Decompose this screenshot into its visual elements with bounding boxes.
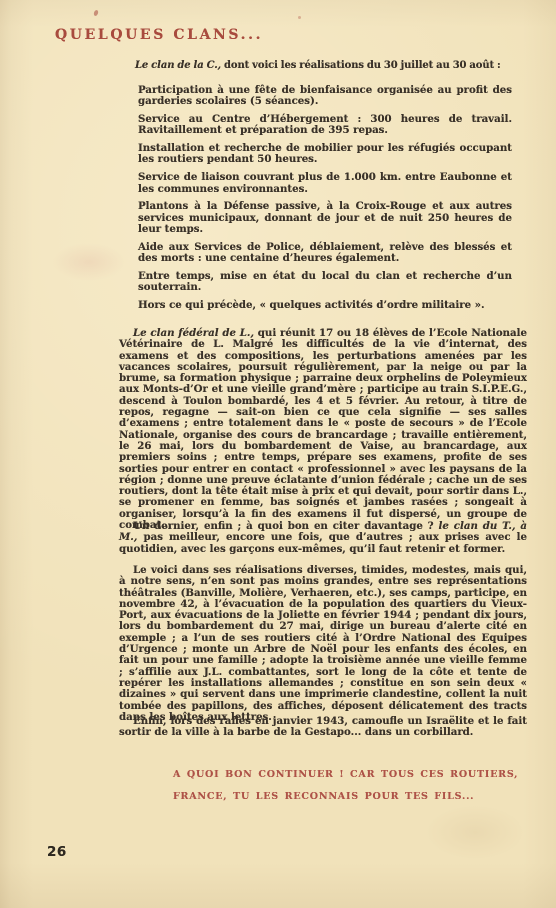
activity-item: Plantons à la Défense passive, à la Croi…: [138, 201, 512, 235]
scanned-book-page: QUELQUES CLANS... Le clan de la C., dont…: [0, 0, 556, 908]
activity-item: Service de liaison couvrant plus de 1.00…: [138, 172, 512, 195]
page-number: 26: [47, 844, 67, 860]
closing-slogan: A QUOI BON CONTINUER ! CAR TOUS CES ROUT…: [173, 764, 518, 807]
activities-list: Participation à une fête de bienfaisance…: [138, 85, 512, 318]
paragraph-text: pas meilleur, encore une fois, que d’aut…: [119, 531, 527, 554]
scan-smudge: [425, 805, 525, 860]
paragraph-enfin: Enfin, lors des rafles en janvier 1943, …: [119, 716, 527, 739]
activity-item: Hors ce qui précède, « quelques activité…: [138, 300, 512, 311]
clan-name-italic: Le clan de la C.,: [135, 60, 221, 71]
intro-line: Le clan de la C., dont voici les réalisa…: [135, 59, 501, 72]
activity-item: Aide aux Services de Police, déblaiement…: [138, 242, 512, 265]
paragraph-text: qui réunit 17 ou 18 élèves de l’Ecole Na…: [119, 327, 527, 531]
paragraph-clan-du-t: Un dernier, enfin ; à quoi bon en citer …: [119, 521, 527, 555]
ink-speck: [93, 9, 99, 16]
paragraph-realisations: Le voici dans ses réalisations diverses,…: [119, 565, 527, 723]
intro-rest: dont voici les réalisations du 30 juille…: [221, 60, 501, 71]
ink-speck: [298, 16, 301, 19]
scan-smudge: [52, 243, 126, 281]
activity-item: Entre temps, mise en état du local du cl…: [138, 271, 512, 294]
closing-line-1: A QUOI BON CONTINUER ! CAR TOUS CES ROUT…: [173, 764, 518, 786]
paragraph-clan-federal: Le clan fédéral de L., qui réunit 17 ou …: [119, 328, 527, 531]
closing-line-2: FRANCE, TU LES RECONNAIS POUR TES FILS..…: [173, 786, 518, 808]
chapter-header: QUELQUES CLANS...: [55, 27, 263, 43]
activity-item: Installation et recherche de mobilier po…: [138, 143, 512, 166]
activity-item: Service au Centre d’Hébergement : 300 he…: [138, 114, 512, 137]
activity-item: Participation à une fête de bienfaisance…: [138, 85, 512, 108]
